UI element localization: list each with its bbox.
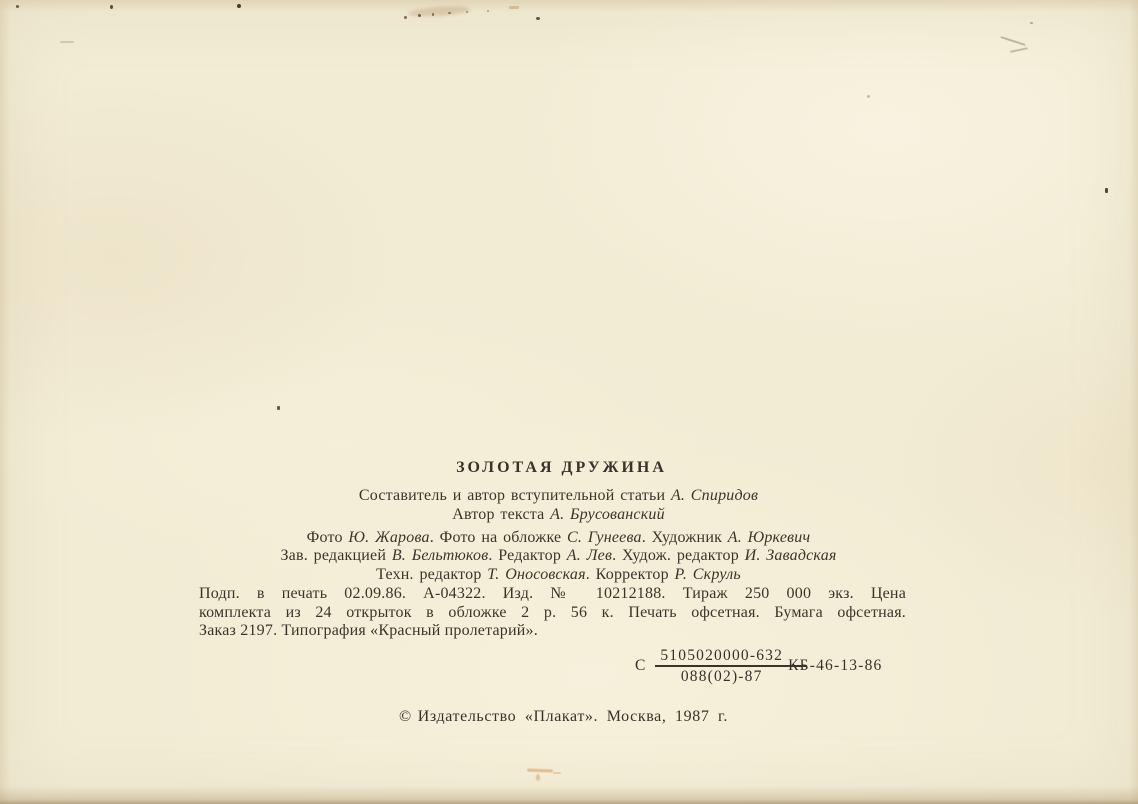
postcard-back: ЗОЛОТАЯ ДРУЖИНА Составитель и автор всту… [0,0,1138,804]
credit-text: . Редактор [488,547,566,564]
credit-name: А. Лев [567,547,612,564]
copyright-text: Издательство «Плакат». Москва, 1987 г. [418,708,728,725]
credit-line-editors: Зав. редакцией В. Бельтюков. Редактор А.… [199,547,906,566]
credit-text: Техн. редактор [376,566,487,583]
stain [1000,36,1025,46]
credit-name: А. Юркевич [728,529,811,546]
credit-name: А. Спиридов [671,487,758,504]
credit-text: . Худож. редактор [612,547,745,564]
catalog-number: С 5105020000-632 088(02)-87 КБ-46-13-86 [635,647,883,685]
stain [110,5,113,9]
catalog-fraction: 5105020000-632 088(02)-87 [655,647,788,685]
credit-text: Составитель и автор вступительной статьи [359,487,671,504]
stain [1010,47,1028,53]
credit-line-tech-editor: Техн. редактор Т. Оносовская. Корректор … [199,566,906,585]
imprint-line: комплекта из 24 открыток в обложке 2 р. … [199,604,906,623]
credit-text: Автор текста [452,506,550,523]
credit-text: . Корректор [586,566,675,583]
copyright-line: ©Издательство «Плакат». Москва, 1987 г. [199,708,906,726]
credit-line-photo: Фото Ю. Жарова. Фото на обложке С. Гунее… [199,529,906,548]
stain [1105,188,1108,193]
credit-name: Т. Оносовская [487,566,586,583]
catalog-prefix: С [635,657,646,675]
imprint-block: Подп. в печать 02.09.86. А-04322. Изд. №… [199,585,906,641]
credit-text: Фото [307,529,349,546]
credit-text: . Фото на обложке [430,529,567,546]
stain [1030,22,1033,24]
catalog-code: КБ-46-13-86 [788,657,882,675]
credit-text: Зав. редакцией [280,547,391,564]
credits-block: Составитель и автор вступительной статьи… [199,487,906,584]
credit-name: С. Гунеева [567,529,642,546]
imprint-line: Заказ 2197. Типография «Красный пролетар… [199,622,906,641]
credit-line-author: Автор текста А. Брусованский [199,506,906,525]
credit-line-compiler: Составитель и автор вступительной статьи… [199,487,906,506]
imprint-line: Подп. в печать 02.09.86. А-04322. Изд. №… [199,585,906,604]
stain [60,41,74,43]
credit-name: В. Бельтюков [392,547,489,564]
set-title: ЗОЛОТАЯ ДРУЖИНА [199,459,906,477]
stain [16,5,19,8]
catalog-denominator: 088(02)-87 [681,667,763,685]
colophon-text-block: ЗОЛОТАЯ ДРУЖИНА Составитель и автор всту… [199,0,906,804]
credit-name: Р. Скруль [675,566,741,583]
credit-name: А. Брусованский [550,506,665,523]
credit-name: Ю. Жарова [348,529,429,546]
credit-text: . Художник [642,529,728,546]
catalog-numerator: 5105020000-632 [655,647,788,665]
credit-name: И. Завадская [745,547,837,564]
copyright-icon: © [399,708,412,725]
